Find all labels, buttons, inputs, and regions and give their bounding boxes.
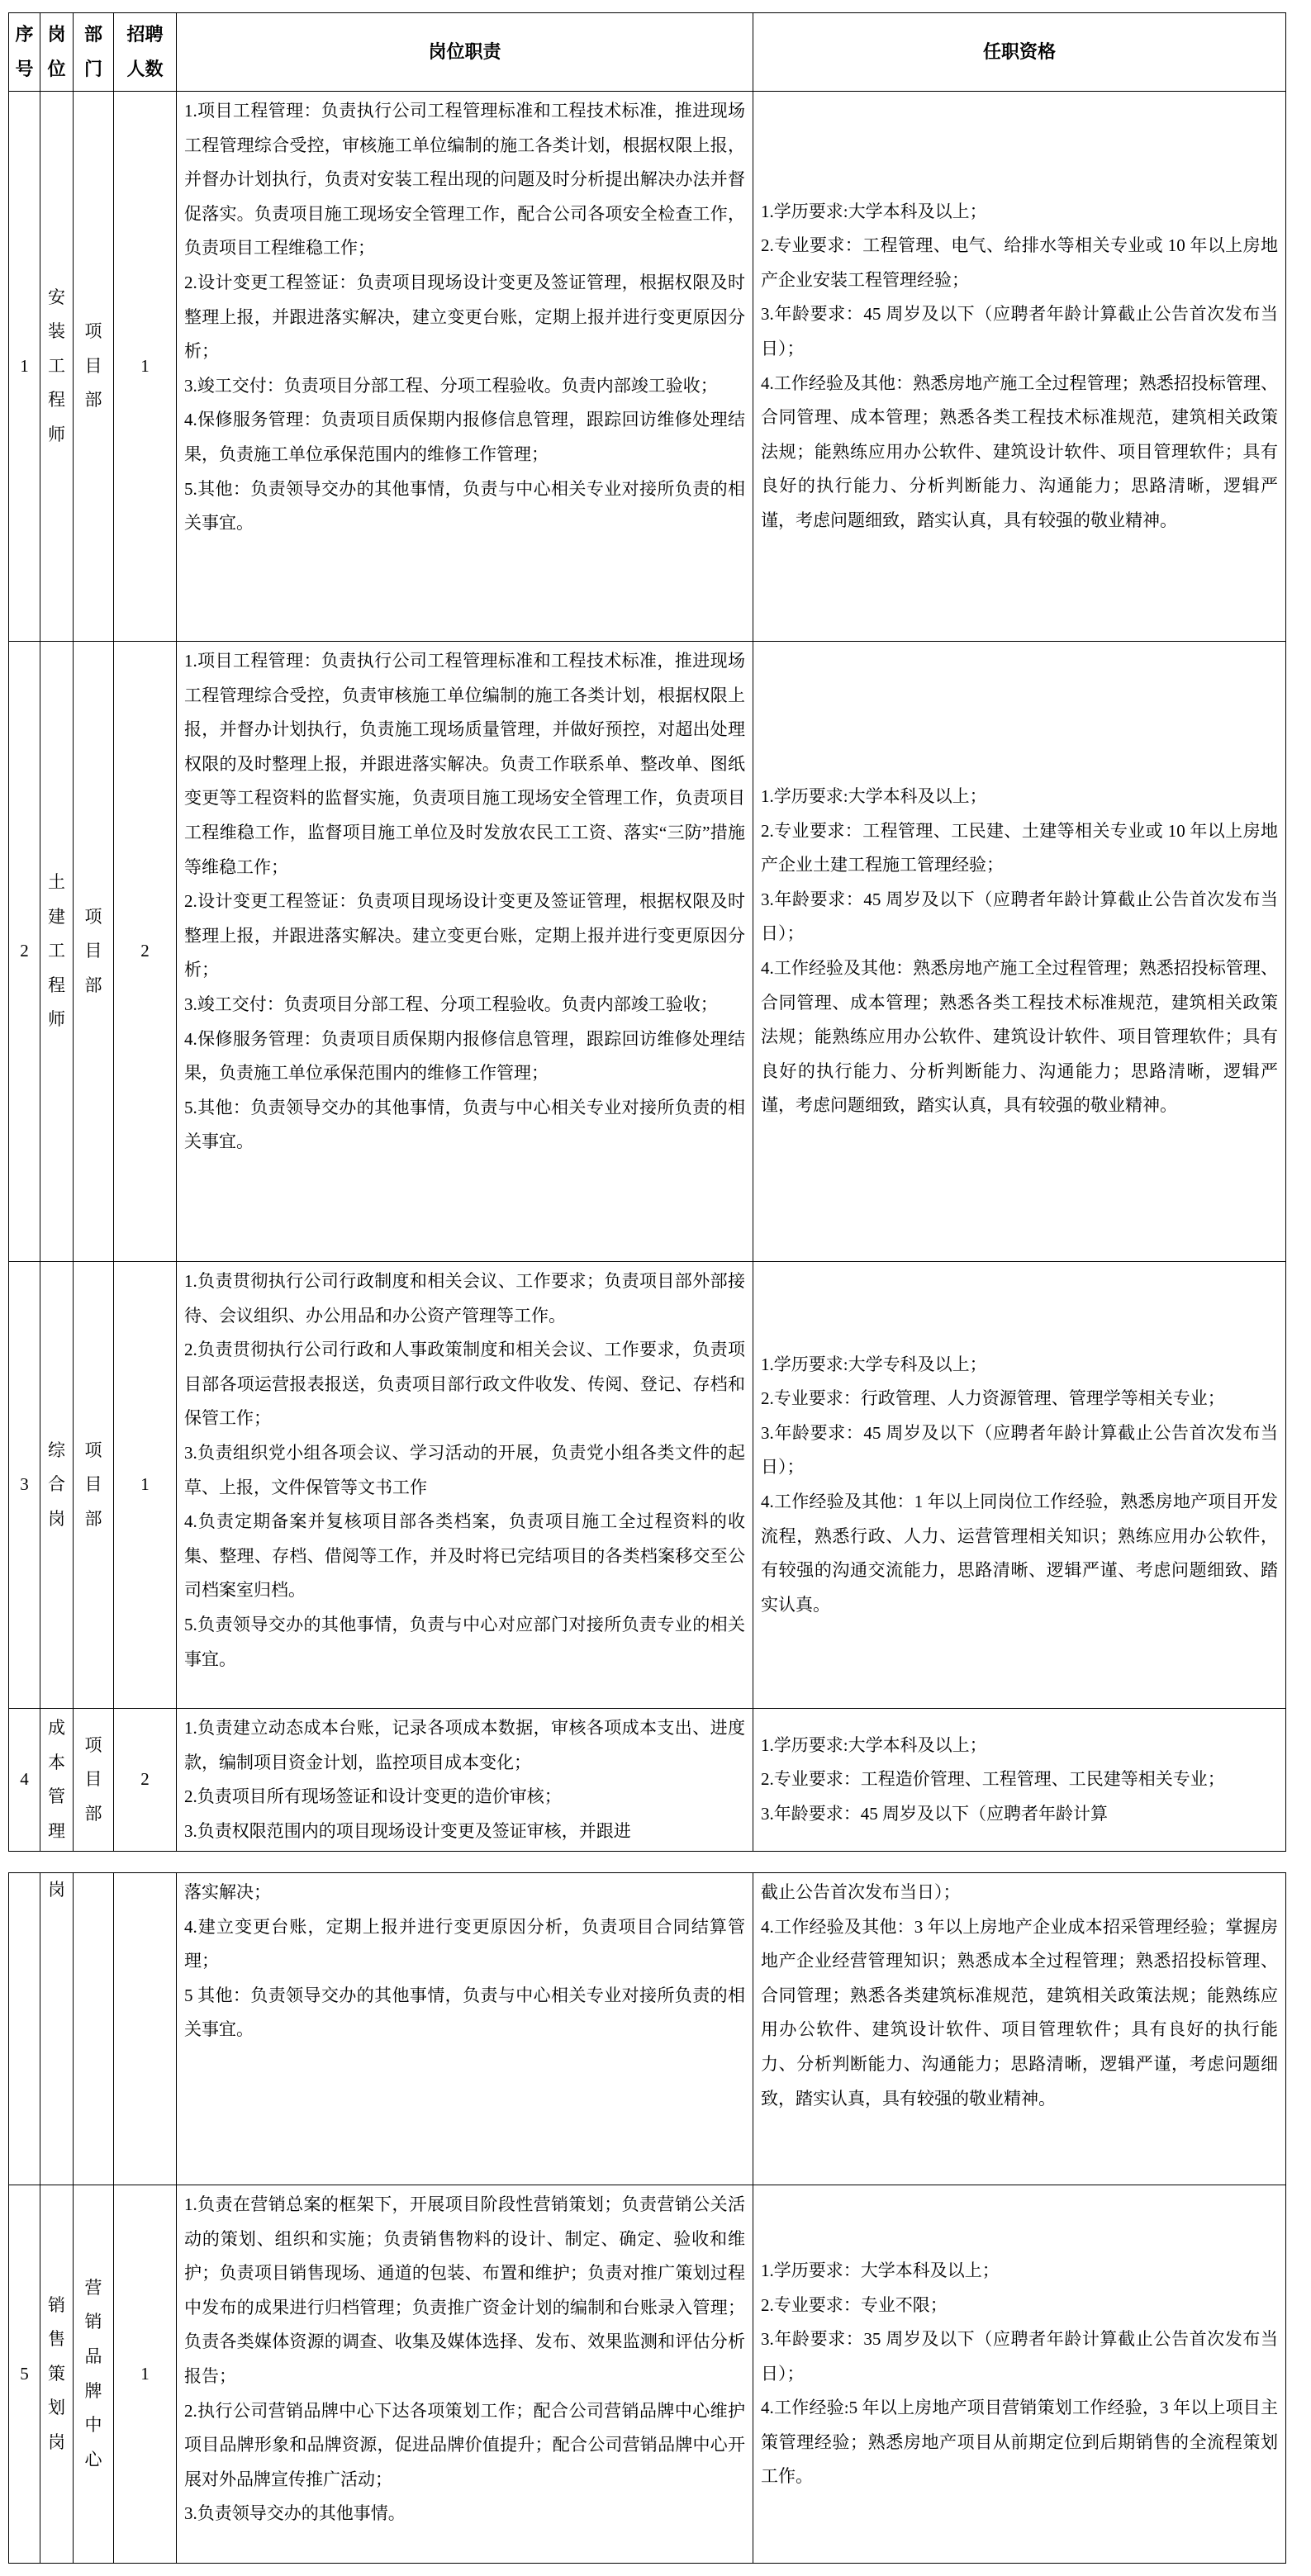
header-duties: 岗位职责 <box>177 13 753 92</box>
cell-qualifications: 1.学历要求：大学本科及以上； 2.专业要求：专业不限； 3.年龄要求：35 周… <box>753 2185 1286 2564</box>
cell-duties: 1.负责在营销总案的框架下，开展项目阶段性营销策划；负责营销公关活动的策划、组织… <box>177 2185 753 2564</box>
cell-count: 1 <box>114 92 177 642</box>
cell-department: 项目部 <box>74 1709 114 1852</box>
table-row: 5 销售策划岗 营销品牌中心 1 1.负责在营销总案的框架下，开展项目阶段性营销… <box>9 2185 1286 2564</box>
cell-position: 岗 <box>40 1873 74 2185</box>
cell-no: 3 <box>9 1262 40 1709</box>
cell-department: 营销品牌中心 <box>74 2185 114 2564</box>
cell-count: 1 <box>114 2185 177 2564</box>
table-row: 4 成本管理 项目部 2 1.负责建立动态成本台账，记录各项成本数据，审核各项成… <box>9 1709 1286 1852</box>
cell-qualifications: 1.学历要求:大学本科及以上； 2.专业要求：工程造价管理、工程管理、工民建等相… <box>753 1709 1286 1852</box>
table-row: 1 安装工程师 项目部 1 1.项目工程管理：负责执行公司工程管理标准和工程技术… <box>9 92 1286 642</box>
header-no: 序号 <box>9 13 40 92</box>
cell-no: 2 <box>9 642 40 1262</box>
header-qualifications: 任职资格 <box>753 13 1286 92</box>
cell-position: 综合岗 <box>40 1262 74 1709</box>
cell-qualifications: 1.学历要求:大学本科及以上； 2.专业要求：工程管理、工民建、土建等相关专业或… <box>753 642 1286 1262</box>
cell-duties: 1.负责贯彻执行公司行政制度和相关会议、工作要求；负责项目部外部接待、会议组织、… <box>177 1262 753 1709</box>
recruitment-table-page-2: 岗 落实解决； 4.建立变更台账，定期上报并进行变更原因分析，负责项目合同结算管… <box>8 1872 1286 2564</box>
cell-count: 1 <box>114 1262 177 1709</box>
table-row: 2 土建工程师 项目部 2 1.项目工程管理：负责执行公司工程管理标准和工程技术… <box>9 642 1286 1262</box>
cell-no: 4 <box>9 1709 40 1852</box>
cell-department: 项目部 <box>74 92 114 642</box>
cell-department: 项目部 <box>74 642 114 1262</box>
table-header-row: 序号 岗位 部门 招聘人数 岗位职责 任职资格 <box>9 13 1286 92</box>
cell-duties: 1.项目工程管理：负责执行公司工程管理标准和工程技术标准，推进现场工程管理综合受… <box>177 92 753 642</box>
cell-qualifications: 1.学历要求:大学本科及以上； 2.专业要求：工程管理、电气、给排水等相关专业或… <box>753 92 1286 642</box>
cell-no: 1 <box>9 92 40 642</box>
cell-position: 成本管理 <box>40 1709 74 1852</box>
cell-position: 安装工程师 <box>40 92 74 642</box>
cell-position: 土建工程师 <box>40 642 74 1262</box>
recruitment-table-page-1: 序号 岗位 部门 招聘人数 岗位职责 任职资格 1 安装工程师 项目部 1 1.… <box>8 12 1286 1852</box>
header-department: 部门 <box>74 13 114 92</box>
cell-count <box>114 1873 177 2185</box>
table-row: 3 综合岗 项目部 1 1.负责贯彻执行公司行政制度和相关会议、工作要求；负责项… <box>9 1262 1286 1709</box>
cell-department <box>74 1873 114 2185</box>
table-row-continued: 岗 落实解决； 4.建立变更台账，定期上报并进行变更原因分析，负责项目合同结算管… <box>9 1873 1286 2185</box>
cell-no: 5 <box>9 2185 40 2564</box>
header-position: 岗位 <box>40 13 74 92</box>
cell-qualifications: 截止公告首次发布当日）； 4.工作经验及其他：3 年以上房地产企业成本招采管理经… <box>753 1873 1286 2185</box>
cell-department: 项目部 <box>74 1262 114 1709</box>
cell-no <box>9 1873 40 2185</box>
cell-position: 销售策划岗 <box>40 2185 74 2564</box>
cell-duties: 1.项目工程管理：负责执行公司工程管理标准和工程技术标准，推进现场工程管理综合受… <box>177 642 753 1262</box>
cell-count: 2 <box>114 642 177 1262</box>
cell-qualifications: 1.学历要求:大学专科及以上； 2.专业要求：行政管理、人力资源管理、管理学等相… <box>753 1262 1286 1709</box>
cell-duties: 落实解决； 4.建立变更台账，定期上报并进行变更原因分析，负责项目合同结算管理；… <box>177 1873 753 2185</box>
cell-count: 2 <box>114 1709 177 1852</box>
cell-duties: 1.负责建立动态成本台账，记录各项成本数据，审核各项成本支出、进度款，编制项目资… <box>177 1709 753 1852</box>
header-count: 招聘人数 <box>114 13 177 92</box>
